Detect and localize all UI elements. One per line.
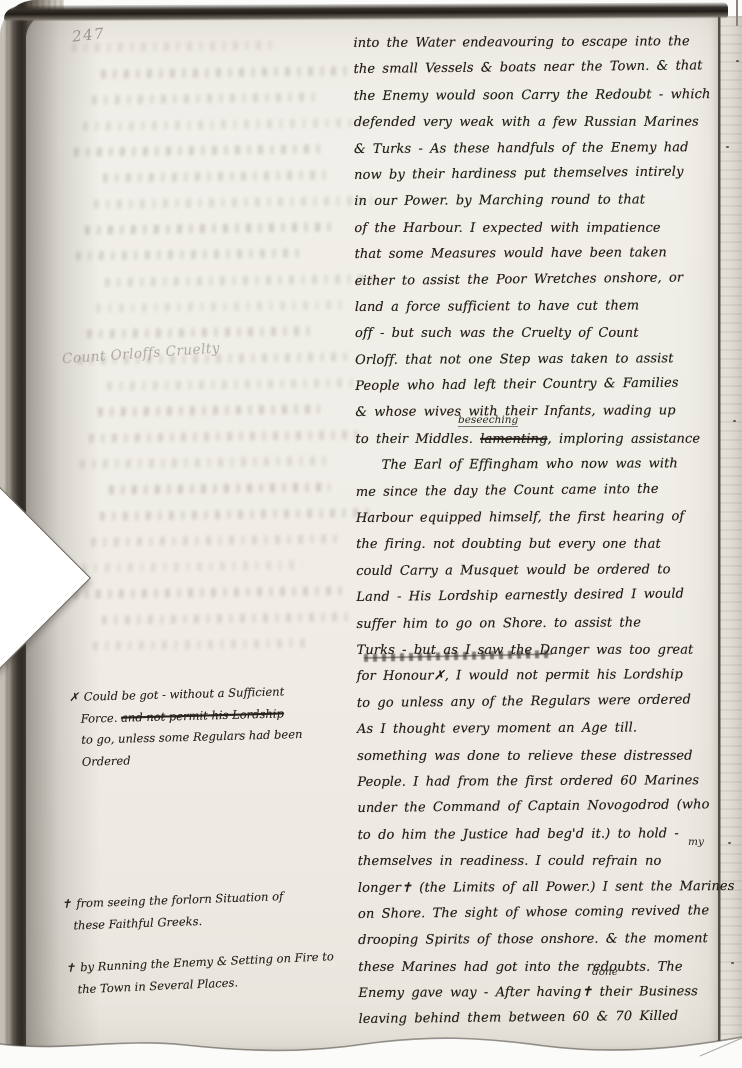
ink-speck bbox=[736, 60, 739, 62]
page-bottom-deckle-edge bbox=[0, 1028, 742, 1068]
manuscript-line: off - but such was the Cruelty of Count bbox=[355, 321, 721, 348]
ink-speck bbox=[726, 146, 729, 148]
manuscript-line: in our Power. by Marching round to that bbox=[354, 187, 720, 215]
manuscript-line: under the Command of Captain Novogodrod … bbox=[357, 792, 723, 822]
reference-mark: ✝ bbox=[65, 960, 75, 974]
manuscript-line: The Earl of Effingham who now was with bbox=[356, 451, 722, 479]
margin-note: ✝from seeing the forlorn Situation ofthe… bbox=[61, 886, 284, 937]
manuscript-line: Land - His Lordship earnestly desired I … bbox=[356, 581, 722, 611]
ink-speck bbox=[733, 420, 736, 422]
manuscript-line: the small Vessels & boats near the Town.… bbox=[353, 54, 719, 84]
manuscript-line: for Honour✗, I would not permit his Lord… bbox=[357, 662, 723, 690]
manuscript-line: either to assist the Poor Wretches onsho… bbox=[355, 265, 721, 295]
manuscript-line: to do him the Justice had beg'd it.) to … bbox=[358, 821, 724, 849]
manuscript-line: of the Harbour. I expected with impatien… bbox=[354, 215, 720, 242]
interlinear-insertion: my bbox=[688, 836, 704, 848]
interlinear-insertion: done bbox=[592, 966, 618, 978]
manuscript-line: to go unless any of the Regulars were or… bbox=[357, 687, 723, 717]
manuscript-line: defended very weak with a few Russian Ma… bbox=[354, 110, 720, 137]
reference-mark: ✗ bbox=[69, 690, 79, 704]
book-top-edge bbox=[4, 2, 728, 21]
manuscript-line: the firing. not doubting but every one t… bbox=[356, 532, 722, 559]
page-number: 247 bbox=[71, 24, 106, 45]
manuscript-line: on Shore. The sight of whose coming revi… bbox=[358, 898, 724, 928]
manuscript-line: themselves in readiness. I could refrain… bbox=[358, 849, 724, 876]
reference-mark: ✝ bbox=[61, 897, 71, 911]
manuscript-line: People who had left their Country & Fami… bbox=[355, 370, 721, 400]
manuscript-line: land a force sufficient to have cut them bbox=[355, 293, 721, 321]
top-right-edge-line bbox=[736, 0, 738, 26]
manuscript-line: me since the day the Count came into the bbox=[356, 476, 722, 506]
manuscript-line: As I thought every moment an Age till. bbox=[357, 715, 723, 743]
ink-speck bbox=[731, 962, 734, 964]
interlinear-insertion: beseeching bbox=[458, 414, 518, 427]
manuscript-line: & Turks - As these handfuls of the Enemy… bbox=[354, 135, 720, 163]
manuscript-line: Harbour equipped himself, the first hear… bbox=[356, 504, 722, 532]
manuscript-line: the Enemy would soon Carry the Redoubt -… bbox=[354, 82, 720, 110]
manuscript-line: now by their hardiness put themselves in… bbox=[354, 159, 720, 189]
manuscript-line: these Marines had got into the redoubts.… bbox=[358, 954, 724, 981]
manuscript-line: longer✝ (the Limits of all Power.) I sen… bbox=[358, 874, 724, 902]
main-text-column: into the Water endeavouring to escape in… bbox=[353, 29, 724, 1034]
manuscript-line: that some Measures would have been taken bbox=[354, 240, 720, 268]
margin-note: ✗Could be got - without a SufficientForc… bbox=[69, 681, 303, 773]
manuscript-line: drooping Spirits of those onshore. & the… bbox=[358, 926, 724, 954]
ink-speck bbox=[728, 842, 731, 844]
manuscript-photo: 247 Count Orloffs Cruelty into the Water… bbox=[0, 0, 742, 1068]
manuscript-line: suffer him to go on Shore. to assist the bbox=[356, 610, 722, 638]
manuscript-line: to their Middles. lamenting, imploring a… bbox=[356, 426, 722, 453]
manuscript-line: something was done to relieve these dist… bbox=[357, 743, 723, 770]
manuscript-line: & whose wives with their Infants, wading… bbox=[355, 399, 721, 427]
